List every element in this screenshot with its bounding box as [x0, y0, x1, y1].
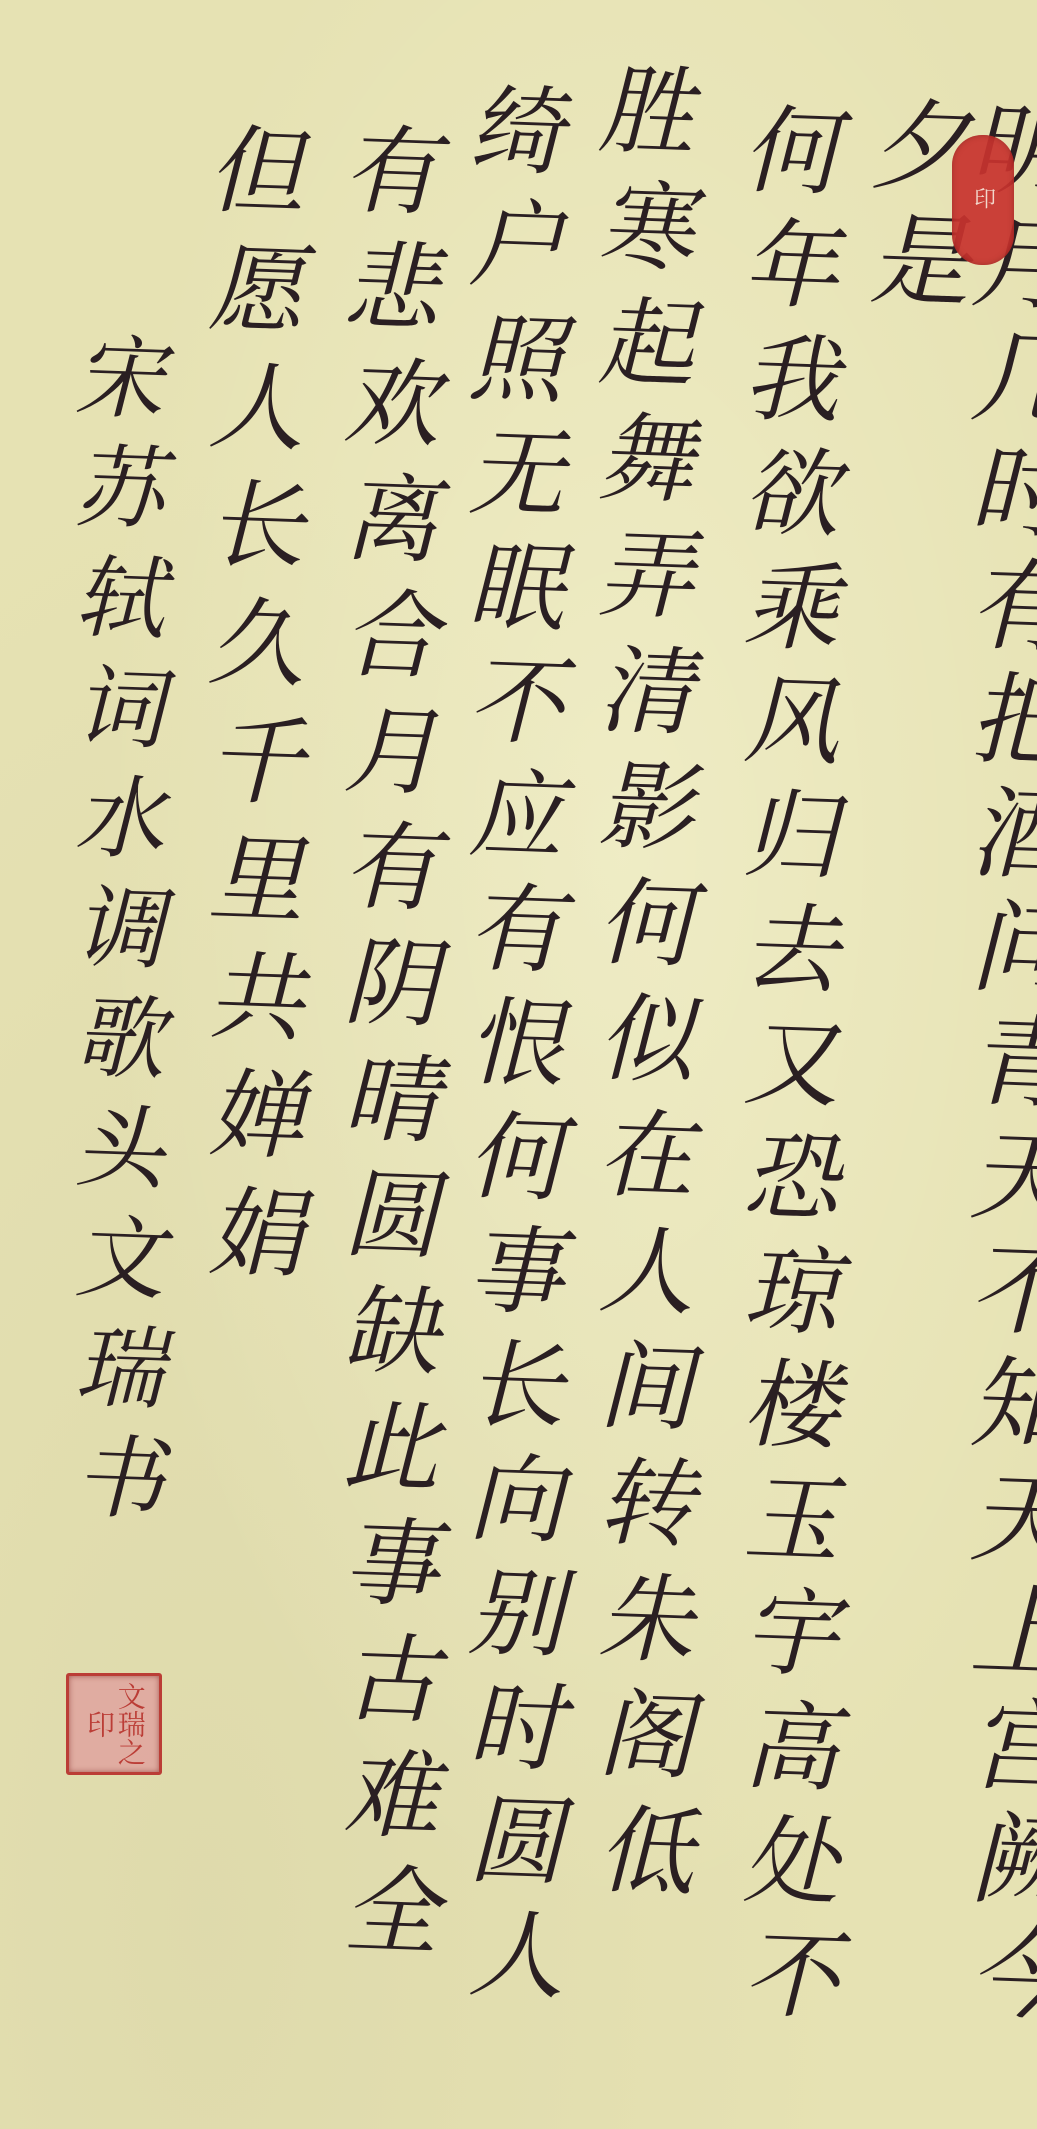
calligraphy-column-4: 绮户照无眠不应有恨何事长向别时圆人: [460, 78, 556, 2019]
leading-seal-icon: 印: [952, 135, 1014, 265]
calligraphy-column-2: 何年我欲乘风归去又恐琼楼玉宇高处不: [735, 98, 831, 2039]
name-seal-icon: 文瑞之印: [66, 1673, 162, 1775]
calligraphy-column-3: 胜寒起舞弄清影何似在人间转朱阁低: [590, 58, 686, 1917]
calligraphy-column-6: 但愿人长久千里共婵娟: [200, 118, 296, 1301]
calligraphy-column-5: 有悲欢离合月有阴晴圆缺此事古难全: [335, 118, 431, 1977]
inscription-column: 宋苏轼词水调歌头文瑞书: [65, 328, 155, 1541]
calligraphy-column-1: 明月几时有把酒问青天不知天上宫阙今夕是: [860, 92, 1037, 2129]
